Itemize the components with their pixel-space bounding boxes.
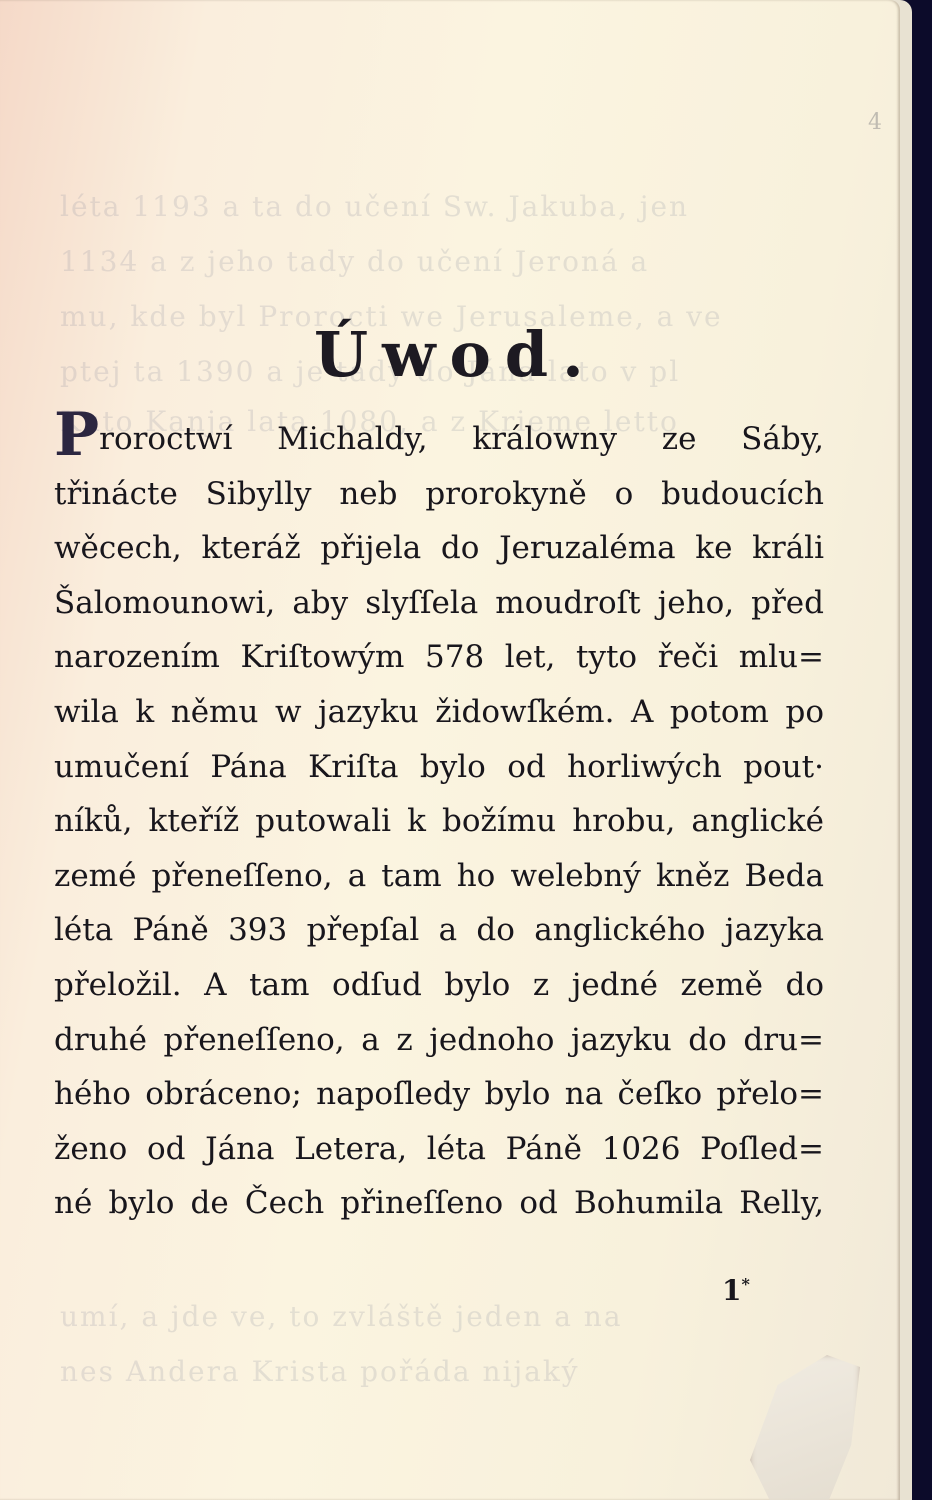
bleed-through-line: 1134 a z jeho tady do učení Jeroná a (60, 245, 820, 278)
text-line: narozením Kriſtowým 578 let, tyto řeči m… (54, 630, 824, 685)
text-line: wila k němu w jazyku židowſkém. A potom … (54, 685, 824, 740)
chapter-heading: Úwod. (314, 318, 598, 391)
text-line: třinácte Sibylly neb prorokyně o budoucí… (54, 467, 824, 522)
text-line: Proroctwí Michaldy, králowny ze Sáby, (54, 412, 824, 467)
body-text: Proroctwí Michaldy, králowny ze Sáby, tř… (54, 412, 824, 1231)
text-line: Šalomounowi, aby slyſſela moudroſt jeho,… (54, 576, 824, 631)
text-line: né bylo de Čech přineſſeno od Bohumila R… (54, 1176, 824, 1231)
bleed-through-line: umí, a jde ve, to zvláště jeden a na (60, 1300, 820, 1333)
text-line: přeložil. A tam odſud bylo z jedné země … (54, 958, 824, 1013)
text-line: léta Páně 393 přepſal a do anglického ja… (54, 903, 824, 958)
signature-mark: 1* (722, 1274, 750, 1307)
bleed-through-line: nes Andera Krista pořáda nijaký (60, 1355, 820, 1388)
book-page: léta 1193 a ta do učení Sw. Jakuba, jen … (0, 0, 900, 1500)
text-line: umučení Pána Kriſta bylo od horliwých po… (54, 740, 824, 795)
text-line: zemé přeneſſeno, a tam ho welebný kněz B… (54, 849, 824, 904)
text-line: wěcech, kteráž přijela do Jeruzaléma ke … (54, 521, 824, 576)
page-marker: 4 (868, 110, 882, 135)
text-line: ženo od Jána Letera, léta Páně 1026 Poſl… (54, 1122, 824, 1177)
bleed-through-line: léta 1193 a ta do učení Sw. Jakuba, jen (60, 190, 820, 223)
drop-initial: P (54, 400, 99, 470)
text-line: hého obráceno; napoſledy bylo na čeſko p… (54, 1067, 824, 1122)
text-line: druhé přeneſſeno, a z jednoho jazyku do … (54, 1013, 824, 1068)
text-line: níků, kteříž putowali k božímu hrobu, an… (54, 794, 824, 849)
